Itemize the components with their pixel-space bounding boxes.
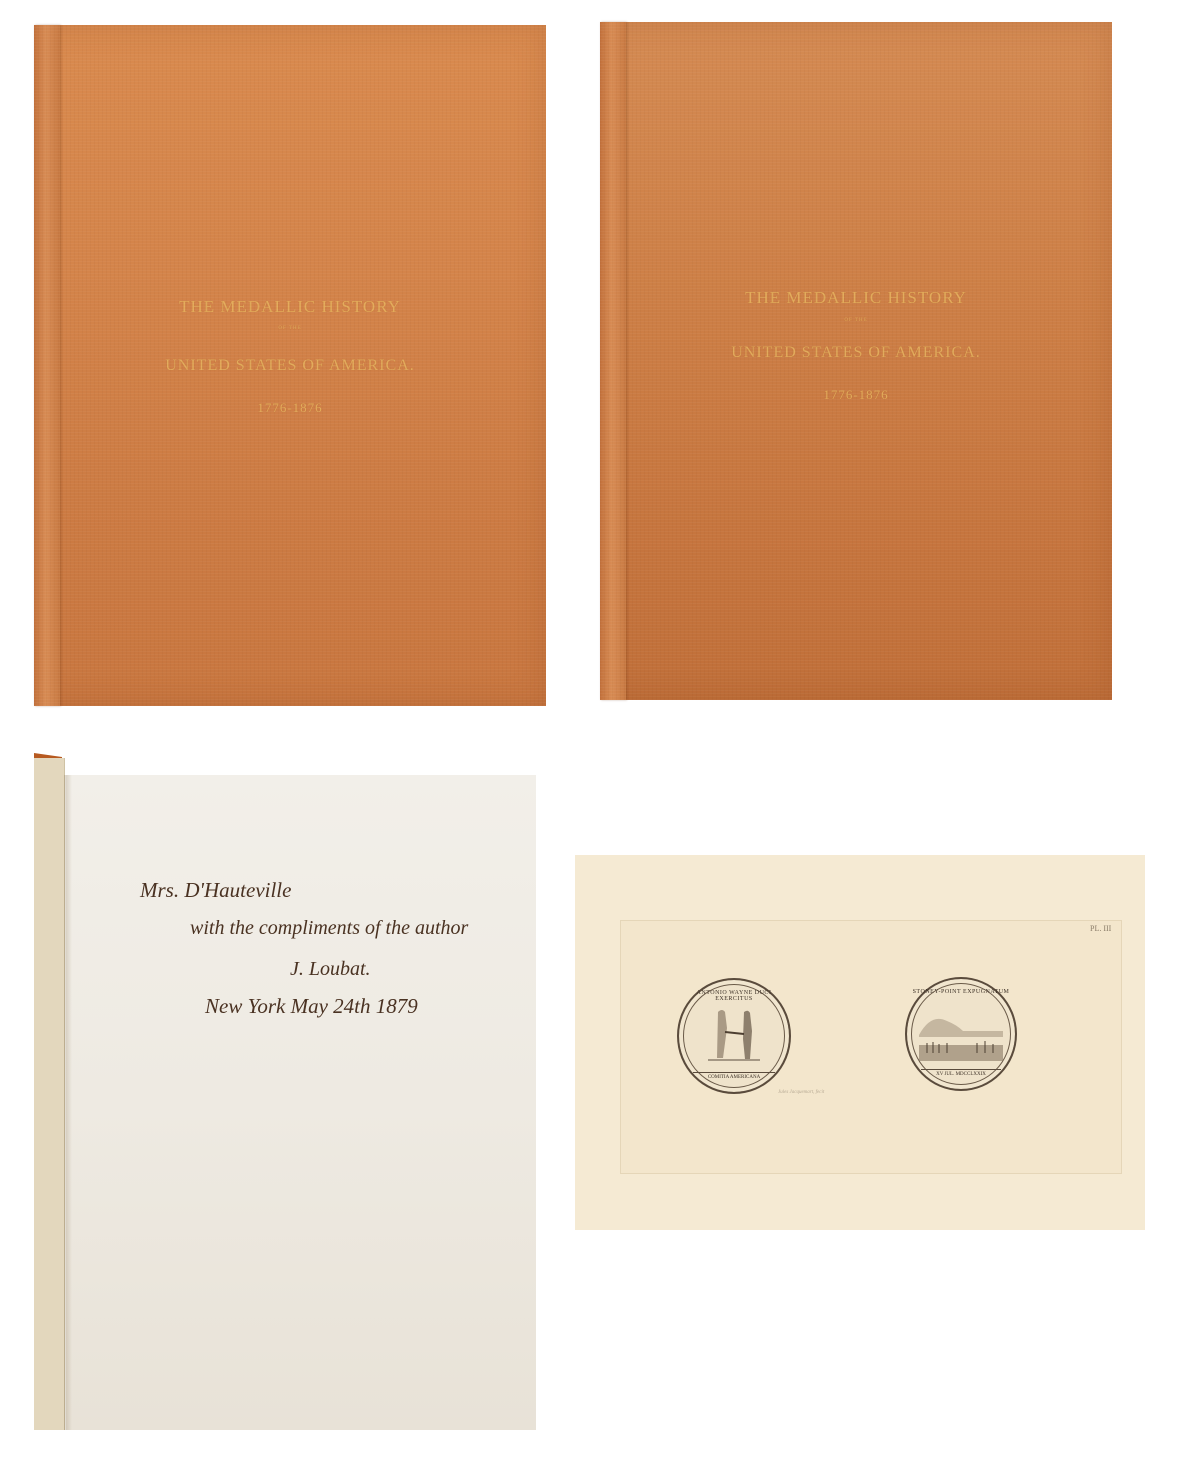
inscription-place-date: New York May 24th 1879 bbox=[205, 994, 418, 1019]
cover-country: UNITED STATES OF AMERICA. bbox=[600, 344, 1112, 362]
book-spine bbox=[34, 25, 60, 706]
medal-reverse-legend: STONEY-POINT EXPUGNATUM bbox=[907, 989, 1015, 995]
medal-obverse-exergue: COMITIA AMERICANA bbox=[693, 1072, 775, 1080]
inscription-signature: J. Loubat. bbox=[290, 958, 371, 981]
inscription-recipient: Mrs. D'Hauteville bbox=[140, 878, 291, 903]
cover-title: THE MEDALLIC HISTORY bbox=[34, 297, 546, 317]
cover-years: 1776-1876 bbox=[34, 400, 546, 416]
pastedown bbox=[34, 758, 65, 1430]
book-cover-photo-2: THE MEDALLIC HISTORY OF THE UNITED STATE… bbox=[600, 22, 1112, 700]
engraver-credit: Jules Jacquemart, fecit bbox=[778, 1090, 824, 1095]
fort-assault-scene-icon bbox=[917, 1005, 1005, 1063]
book-cover-photo-1: THE MEDALLIC HISTORY OF THE UNITED STATE… bbox=[34, 25, 546, 706]
cover-of-the: OF THE bbox=[600, 318, 1112, 323]
handshake-figures-icon bbox=[704, 1004, 764, 1066]
cover-title: THE MEDALLIC HISTORY bbox=[600, 288, 1112, 308]
medal-obverse-legend: ANTONIO WAYNE DUCI EXERCITUS bbox=[679, 990, 789, 1002]
medal-obverse: ANTONIO WAYNE DUCI EXERCITUS COMITIA AME… bbox=[677, 978, 791, 1094]
book-spine bbox=[600, 22, 626, 700]
cover-country: UNITED STATES OF AMERICA. bbox=[34, 357, 546, 375]
cover-of-the: OF THE bbox=[34, 326, 546, 331]
inscribed-flyleaf-photo bbox=[66, 775, 536, 1430]
gutter-shadow bbox=[64, 775, 72, 1430]
medal-reverse: STONEY-POINT EXPUGNATUM XV JUL. MDCCLXXI… bbox=[905, 977, 1017, 1091]
medal-reverse-exergue: XV JUL. MDCCLXXIX bbox=[921, 1069, 1001, 1077]
plate-number: PL. III bbox=[1090, 924, 1111, 933]
inscription-compliments: with the compliments of the author bbox=[190, 917, 468, 940]
cover-years: 1776-1876 bbox=[600, 387, 1112, 403]
